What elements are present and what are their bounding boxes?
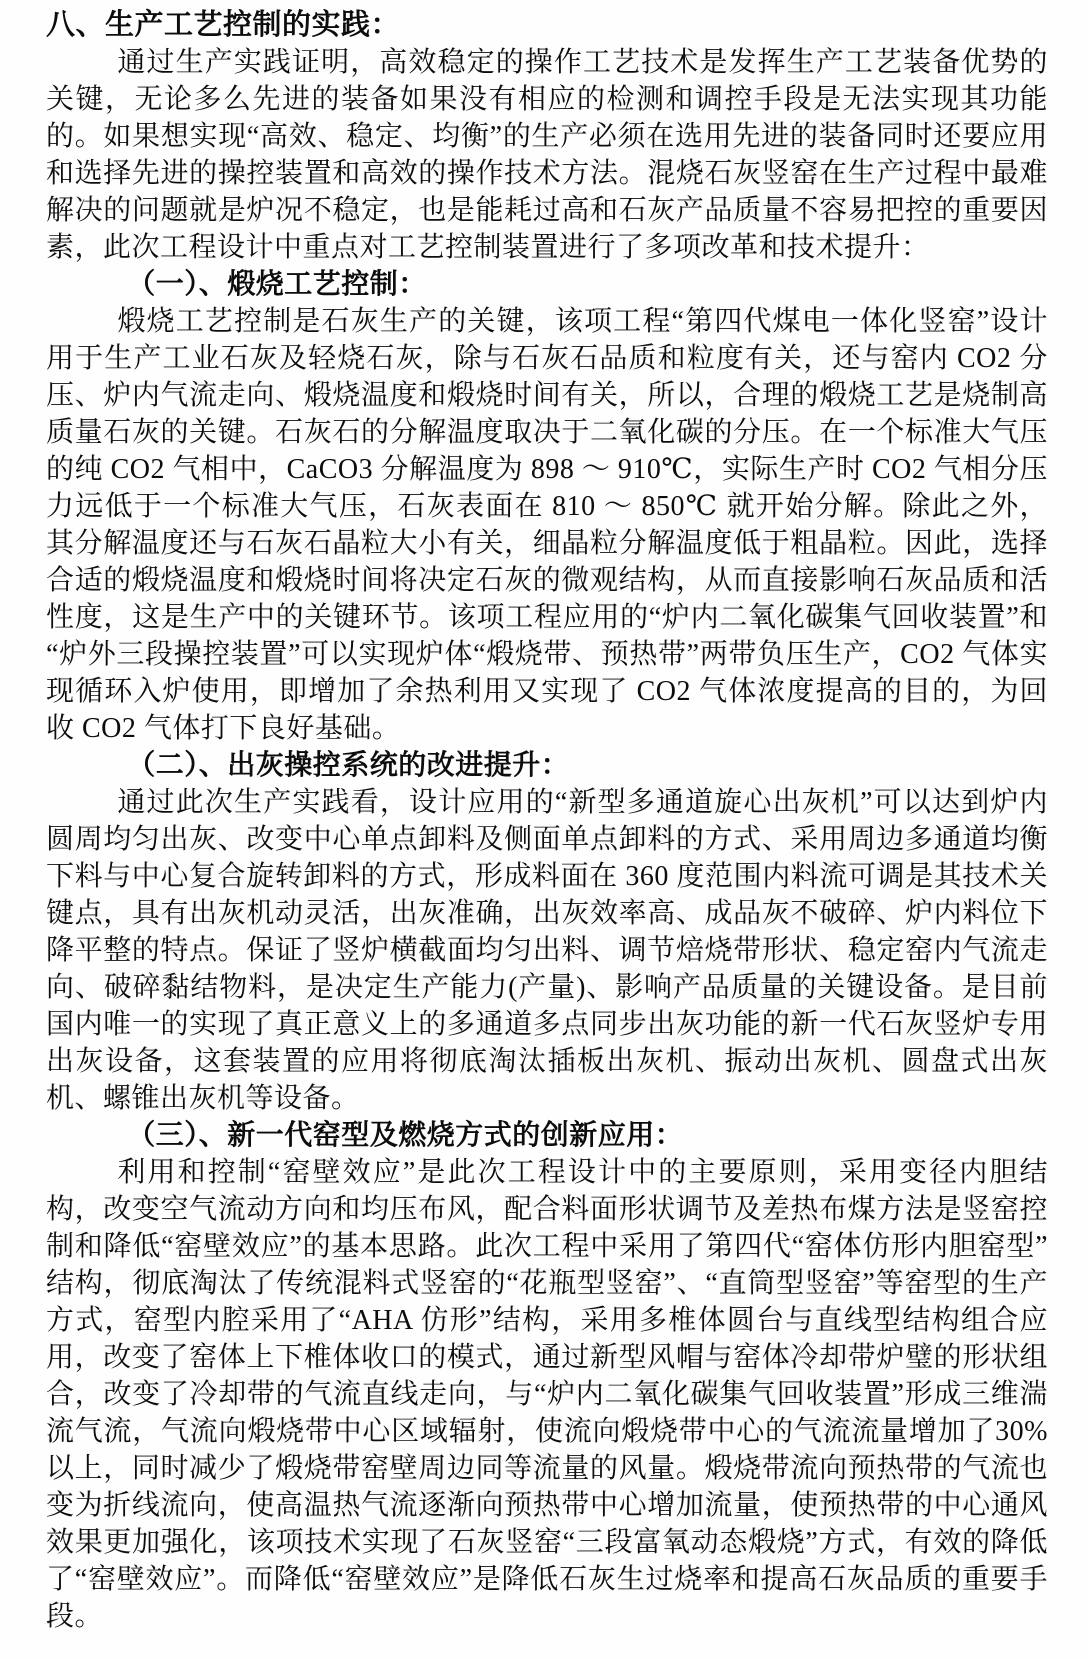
section-1-body: 煅烧工艺控制是石灰生产的关键，该项工程“第四代煤电一体化竖窑”设计用于生产工业石… — [46, 303, 1048, 747]
section-3-heading: （三）、新一代窑型及燃烧方式的创新应用： — [46, 1117, 1048, 1154]
document-page: 八、生产工艺控制的实践： 通过生产实践证明，高效稳定的操作工艺技术是发挥生产工艺… — [0, 0, 1088, 1659]
section-2-body: 通过此次生产实践看，设计应用的“新型多通道旋心出灰机”可以达到炉内圆周均匀出灰、… — [46, 784, 1048, 1117]
intro-paragraph: 通过生产实践证明，高效稳定的操作工艺技术是发挥生产工艺装备优势的关键，无论多么先… — [46, 44, 1048, 266]
document-title: 八、生产工艺控制的实践： — [46, 7, 1048, 44]
section-3-body: 利用和控制“窑壁效应”是此次工程设计中的主要原则，采用变径内胆结构，改变空气流动… — [46, 1154, 1048, 1635]
section-1-heading: （一）、煅烧工艺控制： — [46, 266, 1048, 303]
section-2-heading: （二）、出灰操控系统的改进提升： — [46, 747, 1048, 784]
